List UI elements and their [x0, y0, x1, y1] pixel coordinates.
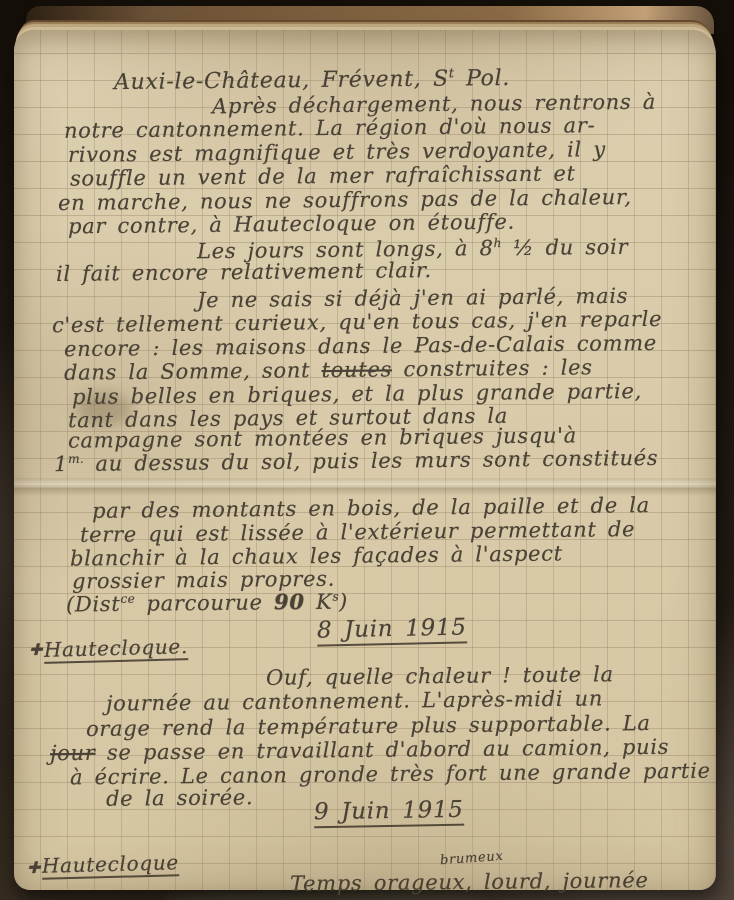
handwriting-line: blanchir à la chaux les façades à l'aspe…	[70, 543, 563, 569]
margin-place: Hautecloque.	[44, 636, 189, 664]
margin-mark: ✚	[27, 860, 41, 876]
handwriting-line: Ouf, quelle chaleur ! toute la	[266, 664, 614, 689]
notebook-page: Auxi-le-Château, Frévent, St Pol.Après d…	[14, 30, 716, 890]
handwriting-line: par contre, à Hautecloque on étouffe.	[68, 212, 515, 238]
line-itinerary: Auxi-le-Château, Frévent, St Pol.	[114, 68, 510, 94]
handwriting-line: journée au cantonnement. L'après-midi un	[106, 688, 603, 714]
margin-place: Hautecloque	[42, 852, 180, 880]
date-heading-8-juin: 8 Juin 1915	[317, 616, 467, 646]
margin-mark: ✚	[29, 642, 43, 658]
handwriting-line: Temps orageux, lourd, journée	[290, 870, 649, 895]
date-heading-9-juin: 9 Juin 1915	[314, 799, 464, 829]
handwriting-line: de la soirée.	[106, 787, 253, 810]
distance-note: (Distce parcourue 90 Ks)	[66, 591, 348, 616]
handwriting-line: il fait encore relativement clair.	[56, 260, 432, 285]
